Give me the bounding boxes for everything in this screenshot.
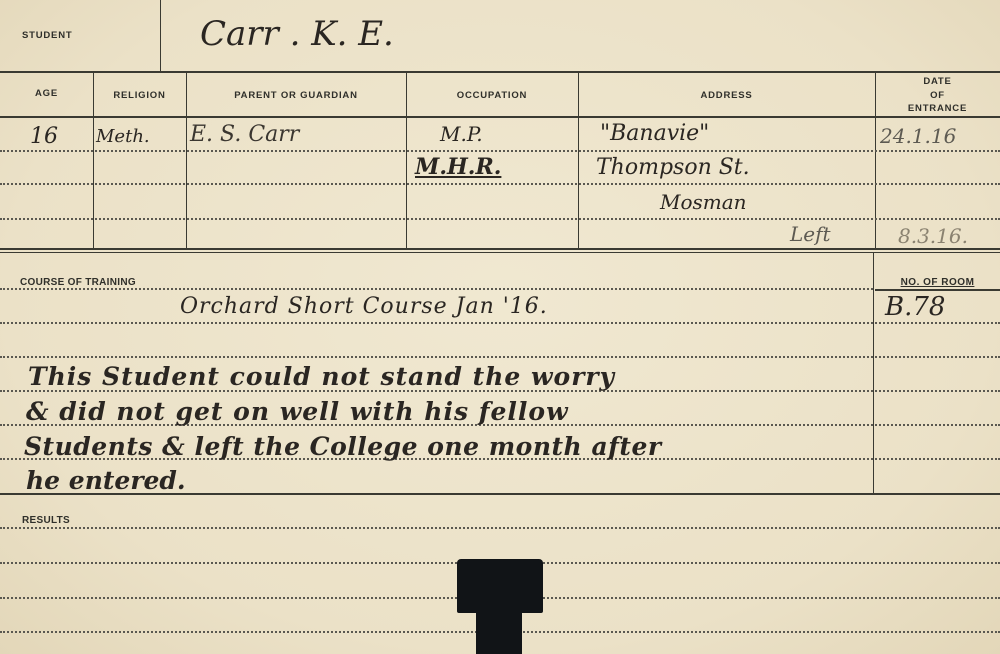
- course-note-line-4: he entered.: [26, 466, 186, 495]
- address-value-1: "Banavie": [600, 121, 709, 146]
- results-label: RESULTS: [22, 515, 70, 526]
- table-bottom-rule-1: [0, 248, 1000, 250]
- left-label: Left: [790, 222, 831, 246]
- occupation-value-2: M.H.R.: [415, 154, 501, 180]
- header-religion: RELIGION: [93, 90, 186, 101]
- student-label: STUDENT: [22, 30, 72, 41]
- student-divider: [160, 0, 161, 72]
- date-left-value: 8.3.16.: [898, 224, 968, 248]
- index-tab-neck: [476, 610, 522, 654]
- room-value: B.78: [885, 292, 945, 322]
- index-tab-head: [457, 559, 543, 613]
- course-dotted-row: [0, 356, 1000, 358]
- results-dotted-row: [0, 527, 1000, 529]
- address-value-3: Mosman: [660, 190, 747, 214]
- header-parent: PARENT OR GUARDIAN: [186, 90, 406, 101]
- header-date-2: OF: [875, 90, 1000, 101]
- age-value: 16: [30, 124, 58, 149]
- header-date-3: ENTRANCE: [875, 103, 1000, 114]
- table-dotted-row: [0, 150, 1000, 152]
- course-value: Orchard Short Course Jan '16.: [180, 294, 548, 319]
- course-note-line-1: This Student could not stand the worry: [28, 362, 615, 391]
- religion-value: Meth.: [96, 126, 150, 147]
- date-entrance-value: 24.1.16: [880, 124, 956, 148]
- student-record-card: STUDENT Carr . K. E. AGE RELIGION PARENT…: [0, 0, 1000, 654]
- course-dotted-row: [0, 288, 873, 290]
- room-header-rule: [875, 289, 1000, 291]
- course-note-line-2: & did not get on well with his fellow: [26, 397, 569, 426]
- table-top-rule: [0, 71, 1000, 73]
- address-value-2: Thompson St.: [596, 155, 750, 180]
- occupation-value-1: M.P.: [440, 122, 483, 146]
- student-name: Carr . K. E.: [200, 14, 394, 54]
- course-note-line-3: Students & left the College one month af…: [24, 432, 662, 461]
- room-label: No. OF ROOM: [875, 277, 1000, 288]
- course-dotted-row: [0, 322, 1000, 324]
- header-address: ADDRESS: [578, 90, 875, 101]
- course-label: COURSE OF TRAINING: [20, 277, 136, 288]
- header-age: AGE: [0, 88, 93, 99]
- table-bottom-rule-2: [0, 252, 1000, 253]
- header-occupation: OCCUPATION: [406, 90, 578, 101]
- table-header-rule: [0, 116, 1000, 118]
- table-dotted-row: [0, 183, 1000, 185]
- parent-value: E. S. Carr: [190, 122, 299, 147]
- table-dotted-row: [0, 218, 1000, 220]
- header-date-1: DATE: [875, 76, 1000, 87]
